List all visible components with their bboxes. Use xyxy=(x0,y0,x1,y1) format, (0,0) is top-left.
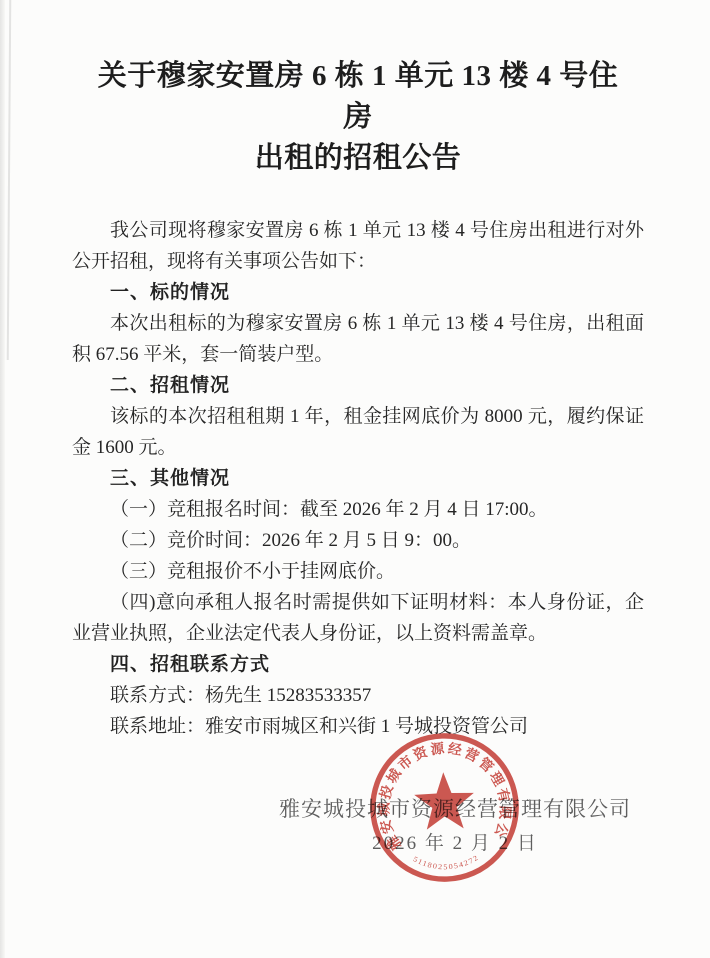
contact-address-line: 联系地址：雅安市雨城区和兴街 1 号城投资管公司 xyxy=(72,711,644,742)
section-1-heading: 一、标的情况 xyxy=(72,277,644,308)
intro-paragraph: 我公司现将穆家安置房 6 栋 1 单元 13 楼 4 号住房出租进行对外公开招租… xyxy=(72,215,644,277)
section-3-heading: 三、其他情况 xyxy=(72,463,644,494)
document-title-line1: 关于穆家安置房 6 栋 1 单元 13 楼 4 号住房 xyxy=(98,60,619,133)
seal-graphic: 雅安城投城市资源经营管理有限公司 5118025054272 xyxy=(363,726,525,888)
section-1-paragraph: 本次出租标的为穆家安置房 6 栋 1 单元 13 楼 4 号住房，出租面积 67… xyxy=(72,308,644,370)
section-3-item-4: （四)意向承租人报名时需提供如下证明材料：本人身份证，企业营业执照，企业法定代表… xyxy=(72,587,644,649)
section-2-heading: 二、招租情况 xyxy=(72,370,644,401)
svg-text:5118025054272: 5118025054272 xyxy=(411,852,481,872)
document-title: 关于穆家安置房 6 栋 1 单元 13 楼 4 号住房 出租的招租公告 xyxy=(88,56,628,179)
document-body: 关于穆家安置房 6 栋 1 单元 13 楼 4 号住房 出租的招租公告 我公司现… xyxy=(0,0,710,742)
section-3-item-1: （一）竞租报名时间：截至 2026 年 2 月 4 日 17:00。 xyxy=(72,494,644,525)
seal-star-icon xyxy=(413,771,475,830)
seal-registration-number: 5118025054272 xyxy=(411,852,481,872)
contact-phone-line: 联系方式：杨先生 15283533357 xyxy=(72,680,644,711)
document-title-line2: 出租的招租公告 xyxy=(255,142,462,174)
section-4-heading: 四、招租联系方式 xyxy=(72,649,644,680)
company-seal-stamp: 雅安城投城市资源经营管理有限公司 5118025054272 xyxy=(363,726,525,888)
section-3-item-2: （二）竞价时间：2026 年 2 月 5 日 9：00。 xyxy=(72,525,644,556)
section-2-paragraph: 该标的本次招租租期 1 年，租金挂网底价为 8000 元，履约保证金 1600 … xyxy=(72,401,644,463)
section-3-item-3: （三）竞租报价不小于挂网底价。 xyxy=(72,556,644,587)
scanned-document-page: 关于穆家安置房 6 栋 1 单元 13 楼 4 号住房 出租的招租公告 我公司现… xyxy=(0,0,710,958)
